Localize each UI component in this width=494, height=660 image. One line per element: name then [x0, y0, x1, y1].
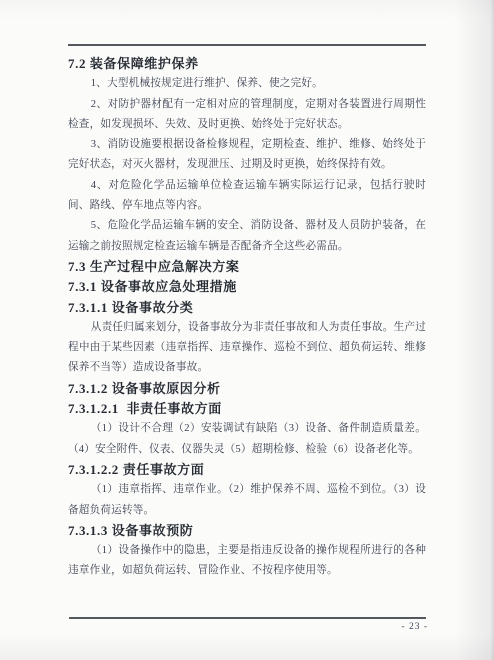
section-heading: 7.2 装备保障维护保养: [68, 54, 426, 74]
paragraph: （1）违章指挥、违章作业。（2）维护保养不周、巡检不到位。（3）设备超负荷运转等…: [68, 480, 426, 521]
section-heading: 7.3.1.1 设备事故分类: [68, 298, 426, 318]
section-heading: 7.3.1.2.2 责任事故方面: [68, 460, 426, 480]
page-number: - 23 -: [401, 622, 428, 632]
paragraph: 1、大型机械按规定进行维护、保养、使之完好。: [68, 74, 426, 94]
content-area: 7.2 装备保障维护保养1、大型机械按规定进行维护、保养、使之完好。2、对防护器…: [68, 54, 426, 582]
section-heading: 7.3.1.2 设备事故原因分析: [68, 379, 426, 399]
section-heading: 7.3.1.3 设备事故预防: [68, 521, 426, 541]
section-heading: 7.3.1 设备事故应急处理措施: [68, 277, 426, 297]
footer-rule: [69, 617, 426, 619]
section-heading: 7.3 生产过程中应急解决方案: [68, 257, 426, 277]
document-page: 7.2 装备保障维护保养1、大型机械按规定进行维护、保养、使之完好。2、对防护器…: [0, 0, 494, 660]
paragraph: 5、危险化学品运输车辆的安全、消防设备、器材及人员防护装备，在运输之前按照规定检…: [68, 216, 426, 257]
section-heading: 7.3.1.2.1 非责任事故方面: [68, 399, 426, 419]
header-rule: [68, 44, 426, 46]
paragraph: 3、消防设施要根据设备检修规程，定期检查、维护、维修、始终处于完好状态，对灭火器…: [68, 135, 426, 176]
paragraph: （1）设计不合理（2）安装调试有缺陷（3）设备、备件制造质量差。（4）安全附件、…: [68, 419, 426, 460]
paragraph: （1）设备操作中的隐患，主要是指违反设备的操作规程所进行的各种 违章作业，如超负…: [68, 541, 426, 582]
paragraph: 从责任归属来划分，设备事故分为非责任事故和人为责任事故。生产过程中由于某些因素（…: [68, 318, 426, 379]
paragraph: 4、对危险化学品运输单位检查运输车辆实际运行记录，包括行驶时间、路线、停车地点等…: [68, 176, 426, 217]
paragraph: 2、对防护器材配有一定相对应的管理制度，定期对各装置进行周期性检查，如发现损坏、…: [68, 95, 426, 136]
